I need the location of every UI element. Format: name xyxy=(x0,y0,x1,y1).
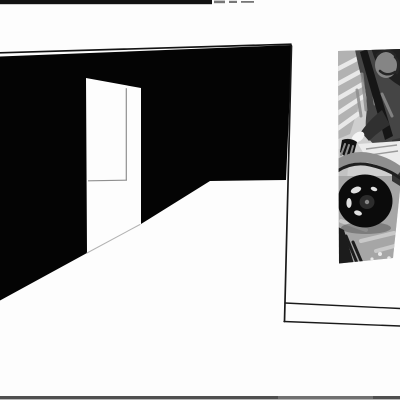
bottom-edge-stroke-light xyxy=(278,396,373,399)
top-edge-stroke xyxy=(0,0,212,4)
artwork-canvas xyxy=(0,0,400,400)
hung-painting xyxy=(332,44,400,266)
scene xyxy=(0,0,400,400)
painting-wheel-hub-dot xyxy=(365,200,369,204)
door-threshold-line xyxy=(88,180,127,181)
